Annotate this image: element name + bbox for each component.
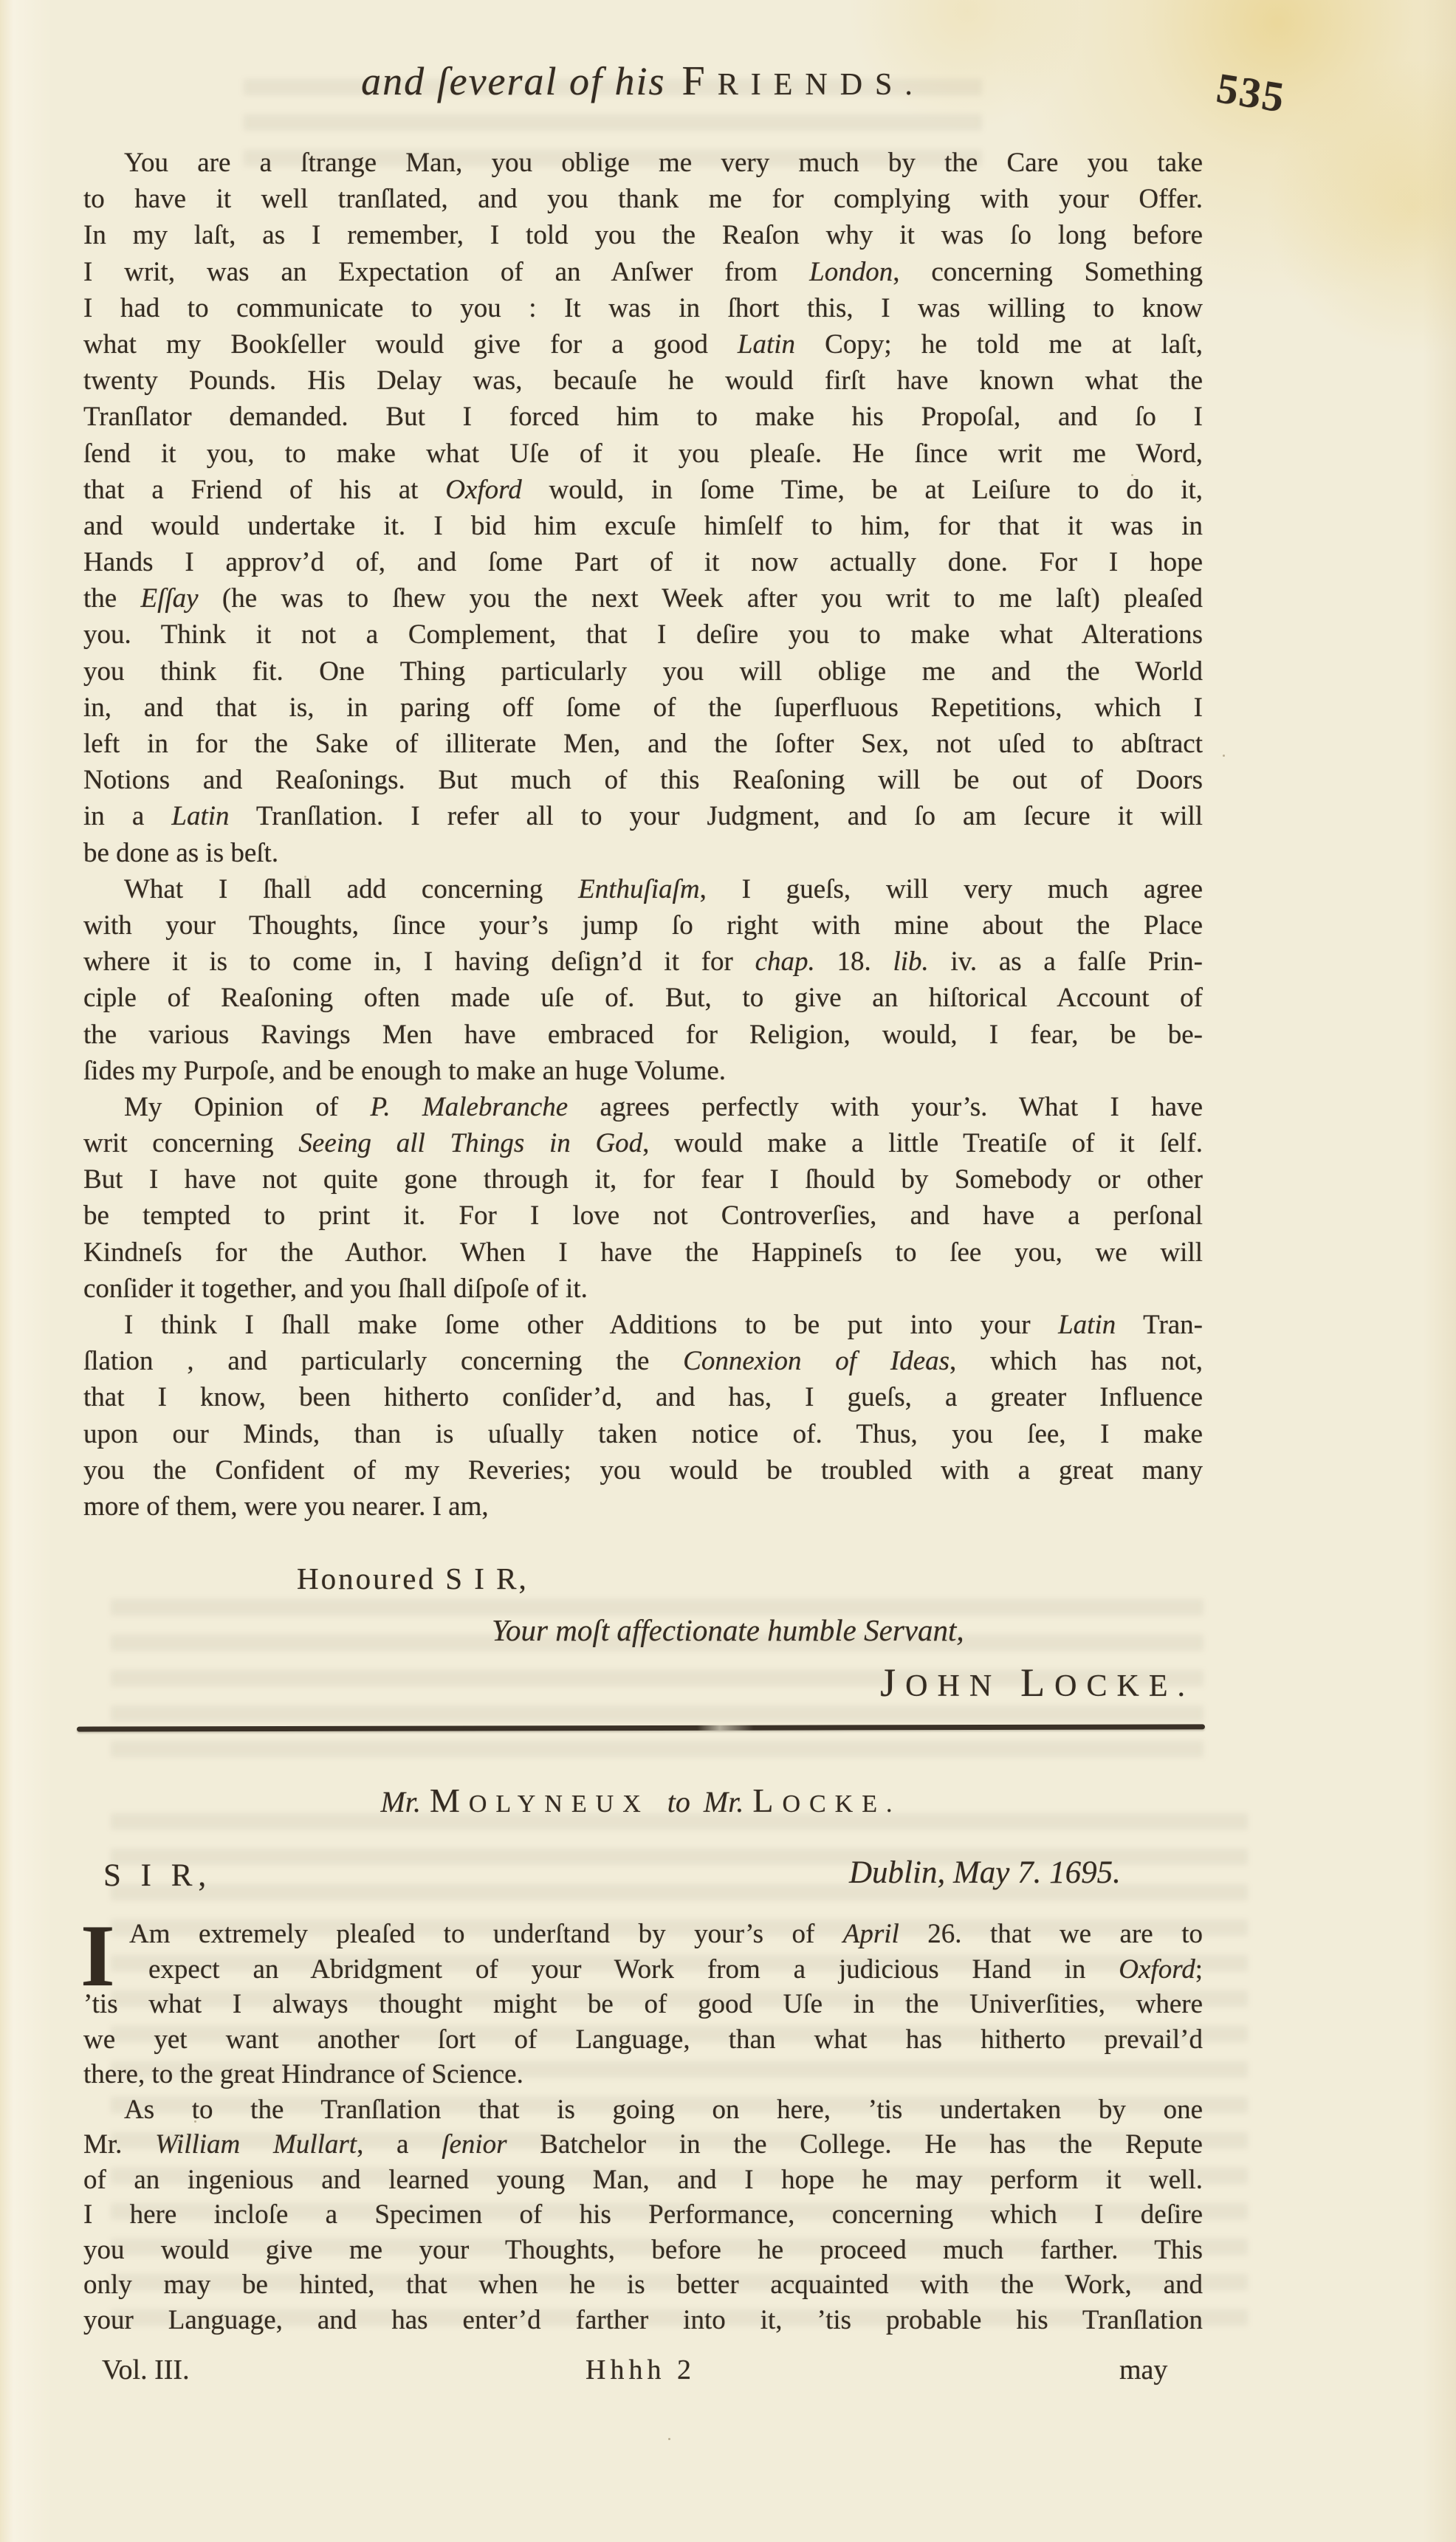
text-line: You are a ſtrange Man, you oblige me ver… — [83, 145, 1203, 181]
footer-catchword: may — [1119, 2354, 1167, 2386]
text-line: there, to the great Hindrance of Science… — [83, 2057, 1203, 2092]
text-line: you think fit. One Thing particularly yo… — [83, 653, 1203, 690]
text-line: As to the Tranſlation that is going on h… — [83, 2092, 1203, 2128]
text-line: with your Thoughts, ſince your’s jump ſo… — [83, 907, 1203, 944]
text-line: Notions and Reaſonings. But much of this… — [83, 762, 1203, 798]
section-divider-rule — [77, 1724, 1205, 1731]
text-line: you the Confident of my Reveries; you wo… — [83, 1452, 1203, 1488]
paragraph: What I ſhall add concerning Enthuſiaſm, … — [83, 871, 1203, 1089]
heading-name-locke: Locke. — [752, 1781, 901, 1820]
text-line: ’tis what I always thought might be of g… — [83, 1987, 1203, 2022]
text-line: left in for the Sake of illiterate Men, … — [83, 726, 1203, 762]
page-number: 535 — [1213, 63, 1288, 123]
paper-speck — [668, 2438, 670, 2440]
text-line: what my Bookſeller would give for a good… — [83, 326, 1203, 363]
text-line: be tempted to print it. For I love not C… — [83, 1198, 1203, 1234]
text-line: ſlation , and particularly concerning th… — [83, 1343, 1203, 1379]
text-line: My Opinion of P. Malebranche agrees perf… — [83, 1089, 1203, 1125]
running-header: and ſeveral of his Friends. — [83, 58, 1203, 105]
text-line: I think I ſhall make ſome other Addition… — [83, 1307, 1203, 1343]
text-line: only may be hinted, that when he is bett… — [83, 2267, 1203, 2303]
text-line: of an ingenious and learned young Man, a… — [83, 2163, 1203, 2198]
heading-mr-2: Mr. — [704, 1785, 744, 1818]
text-line: ciple of Reaſoning often made uſe of. Bu… — [83, 980, 1203, 1016]
text-line: in a Latin Tranſlation. I refer all to y… — [83, 798, 1203, 834]
text-line: and would undertake it. I bid him excuſe… — [83, 508, 1203, 544]
text-line: we yet want another ſort of Language, th… — [83, 2022, 1203, 2058]
letter2-heading: Mr. Molyneux to Mr. Locke. — [83, 1781, 1203, 1820]
letter2-dateline: Dublin, May 7. 1695. — [849, 1855, 1121, 1891]
text-line: I writ, was an Expectation of an Anſwer … — [83, 254, 1203, 290]
text-line: you would give me your Thoughts, before … — [83, 2233, 1203, 2268]
text-line: ſides my Purpoſe, and be enough to make … — [83, 1053, 1203, 1089]
scanned-book-page: and ſeveral of his Friends. 535 You are … — [0, 0, 1456, 2542]
text-line: in, and that is, in paring off ſome of t… — [83, 690, 1203, 726]
text-line: What I ſhall add concerning Enthuſiaſm, … — [83, 871, 1203, 907]
text-line: Kindneſs for the Author. When I have the… — [83, 1234, 1203, 1271]
text-line: that I know, been hitherto conſider’d, a… — [83, 1379, 1203, 1415]
text-line: be done as is beſt. — [83, 835, 1203, 871]
text-line: that a Friend of his at Oxford would, in… — [83, 472, 1203, 508]
text-line: conſider it together, and you ſhall diſp… — [83, 1271, 1203, 1307]
text-line: twenty Pounds. His Delay was, becauſe he… — [83, 363, 1203, 399]
footer-volume: Vol. III. — [102, 2354, 190, 2386]
text-line: upon our Minds, than is uſually taken no… — [83, 1416, 1203, 1452]
paragraph: I think I ſhall make ſome other Addition… — [83, 1307, 1203, 1525]
text-line: the Eſſay (he was to ſhew you the next W… — [83, 580, 1203, 616]
letter2-body: IAm extremely pleaſed to underſtand by y… — [83, 1917, 1203, 2337]
text-line: Am extremely pleaſed to underſtand by yo… — [83, 1917, 1203, 1952]
text-line: more of them, were you nearer. I am, — [83, 1488, 1203, 1525]
text-line: your Language, and has enter’d farther i… — [83, 2303, 1203, 2338]
heading-to: to — [667, 1785, 690, 1818]
drop-cap: I — [80, 1921, 115, 1990]
paragraph: My Opinion of P. Malebranche agrees perf… — [83, 1089, 1203, 1307]
text-line: to have it well tranſlated, and you than… — [83, 181, 1203, 217]
letter1-signature: JohnLocke. — [83, 1660, 1195, 1705]
text-line: Hands I approv’d of, and ſome Part of it… — [83, 544, 1203, 580]
running-title-italic: and ſeveral of his — [361, 59, 665, 103]
paragraph: IAm extremely pleaſed to underſtand by y… — [83, 1917, 1203, 2092]
running-title-caps: Friends. — [682, 58, 925, 105]
text-line: the various Ravings Men have embraced fo… — [83, 1017, 1203, 1053]
text-line: Tranſlator demanded. But I forced him to… — [83, 399, 1203, 435]
letter1-closing-salute: Honoured S I R, — [297, 1561, 529, 1596]
text-line: But I have not quite gone through it, fo… — [83, 1161, 1203, 1198]
text-line: ſend it you, to make what Uſe of it you … — [83, 436, 1203, 472]
text-line: writ concerning Seeing all Things in God… — [83, 1125, 1203, 1161]
letter1-body: You are a ſtrange Man, you oblige me ver… — [83, 145, 1203, 1525]
text-line: where it is to come in, I having deſign’… — [83, 944, 1203, 980]
text-line: Mr. William Mullart, a ſenior Batchelor … — [83, 2127, 1203, 2163]
paper-speck — [1223, 755, 1225, 757]
letter2-salutation: S I R, — [103, 1858, 212, 1894]
paragraph: As to the Tranſlation that is going on h… — [83, 2092, 1203, 2338]
text-line: expect an Abridgment of your Work from a… — [83, 1952, 1203, 1988]
letter1-valediction: Your moſt affectionate humble Servant, — [492, 1612, 964, 1648]
paragraph: You are a ſtrange Man, you oblige me ver… — [83, 145, 1203, 871]
text-line: you. Think it not a Complement, that I d… — [83, 616, 1203, 653]
text-line: I here incloſe a Specimen of his Perform… — [83, 2197, 1203, 2233]
text-line: In my laſt, as I remember, I told you th… — [83, 217, 1203, 253]
heading-name-molyneux: Molyneux — [430, 1781, 650, 1820]
heading-mr-1: Mr. — [380, 1785, 420, 1818]
footer-signature-mark: Hhhh 2 — [586, 2354, 696, 2386]
text-line: I had to communicate to you : It was in … — [83, 290, 1203, 326]
